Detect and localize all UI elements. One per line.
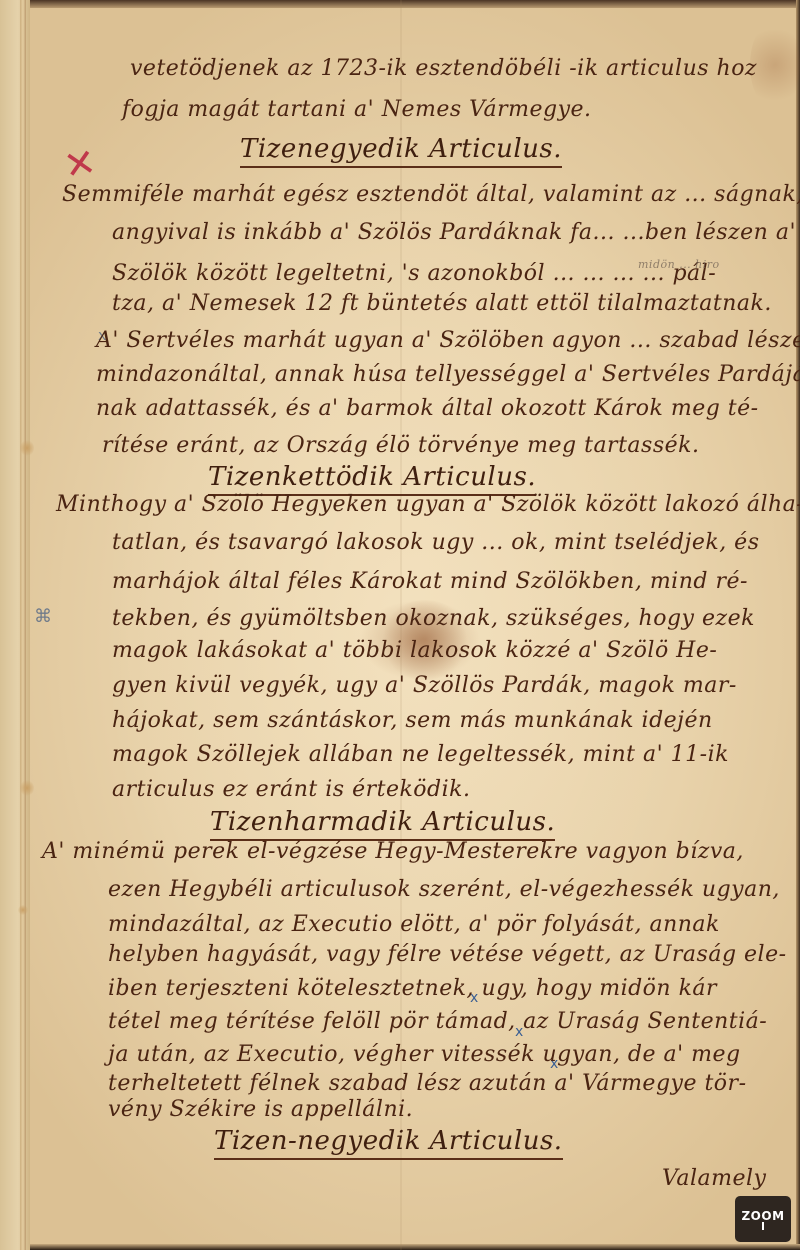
text-line: gyen kivül vegyék, ugy a' Szöllös Pardák… bbox=[112, 673, 737, 698]
text-line: helyben hagyását, vagy félre vétése vége… bbox=[108, 942, 787, 967]
text-line: mindazonáltal, annak húsa tellyességgel … bbox=[96, 362, 800, 387]
text-line: Valamely bbox=[662, 1166, 766, 1191]
thread-knot bbox=[18, 905, 28, 915]
text-line: Minthogy a' Szölö Hegyeken ugyan a' Szöl… bbox=[56, 492, 800, 517]
manuscript-page: ✕ x ⌘ x x x vetetödjenek az 1723-ik eszt… bbox=[0, 0, 800, 1250]
text-line: angyival is inkább a' Szölös Pardáknak f… bbox=[112, 220, 796, 245]
text-line: magok Szöllejek allában ne legeltessék, … bbox=[112, 742, 729, 767]
text-line: hájokat, sem szántáskor, sem más munkána… bbox=[112, 708, 713, 733]
text-line: rítése eránt, az Ország élö törvénye meg… bbox=[102, 433, 699, 458]
text-line: nak adattassék, és a' barmok által okozo… bbox=[96, 396, 759, 421]
magnifier-icon bbox=[762, 1222, 764, 1230]
text-line: Szölök között legeltetni, 's azonokból .… bbox=[112, 261, 716, 286]
text-line: iben terjeszteni kötelesztetnek, ugy, ho… bbox=[108, 976, 717, 1001]
text-line: A' minémü perek el-végzése Hegy-Mesterek… bbox=[42, 839, 744, 864]
text-line: vény Székire is appellálni. bbox=[108, 1097, 413, 1122]
thread-knot bbox=[20, 780, 34, 796]
zoom-label: ZOOM bbox=[741, 1209, 784, 1223]
zoom-watermark[interactable]: ZOOM bbox=[735, 1196, 791, 1242]
text-line: magok lakásokat a' többi lakosok közzé a… bbox=[112, 638, 717, 663]
article-heading: Tizenegyedik Articulus. bbox=[240, 134, 562, 168]
text-line: articulus ez eránt is érteködik. bbox=[112, 777, 470, 802]
article-heading: Tizenkettödik Articulus. bbox=[208, 462, 536, 496]
text-line: tatlan, és tsavargó lakosok ugy ... ok, … bbox=[112, 530, 760, 555]
margin-pencil-mark: ⌘ bbox=[34, 606, 52, 627]
text-line: tza, a' Nemesek 12 ft büntetés alatt ett… bbox=[112, 291, 772, 316]
text-line: terheltetett félnek szabad lész azután a… bbox=[108, 1071, 747, 1096]
binding-thread bbox=[20, 0, 26, 1250]
thread-knot bbox=[20, 440, 34, 456]
text-line: tekben, és gyümöltsben okoznak, szüksége… bbox=[112, 606, 755, 631]
text-line: Semmiféle marhát egész esztendöt által, … bbox=[62, 182, 800, 207]
text-line: vetetödjenek az 1723-ik esztendöbéli -ik… bbox=[130, 56, 757, 81]
text-line: fogja magát tartani a' Nemes Vármegye. bbox=[122, 97, 592, 122]
text-line: ezen Hegybéli articulusok szerént, el-vé… bbox=[108, 877, 780, 902]
text-line: tétel meg térítése felöll pör támad, az … bbox=[108, 1009, 767, 1034]
text-line: marhájok által féles Károkat mind Szölök… bbox=[112, 569, 748, 594]
text-line: mindazáltal, az Executio elött, a' pör f… bbox=[108, 912, 720, 937]
water-stain bbox=[750, 20, 800, 110]
article-heading: Tizen-negyedik Articulus. bbox=[214, 1126, 563, 1160]
interlinear-note: midön ... hiro bbox=[638, 258, 720, 271]
text-line: A' Sertvéles marhát ugyan a' Szölöben ag… bbox=[96, 328, 800, 353]
article-heading: Tizenharmadik Articulus. bbox=[210, 807, 555, 841]
text-line: ja után, az Executio, végher vitessék ug… bbox=[108, 1042, 741, 1067]
